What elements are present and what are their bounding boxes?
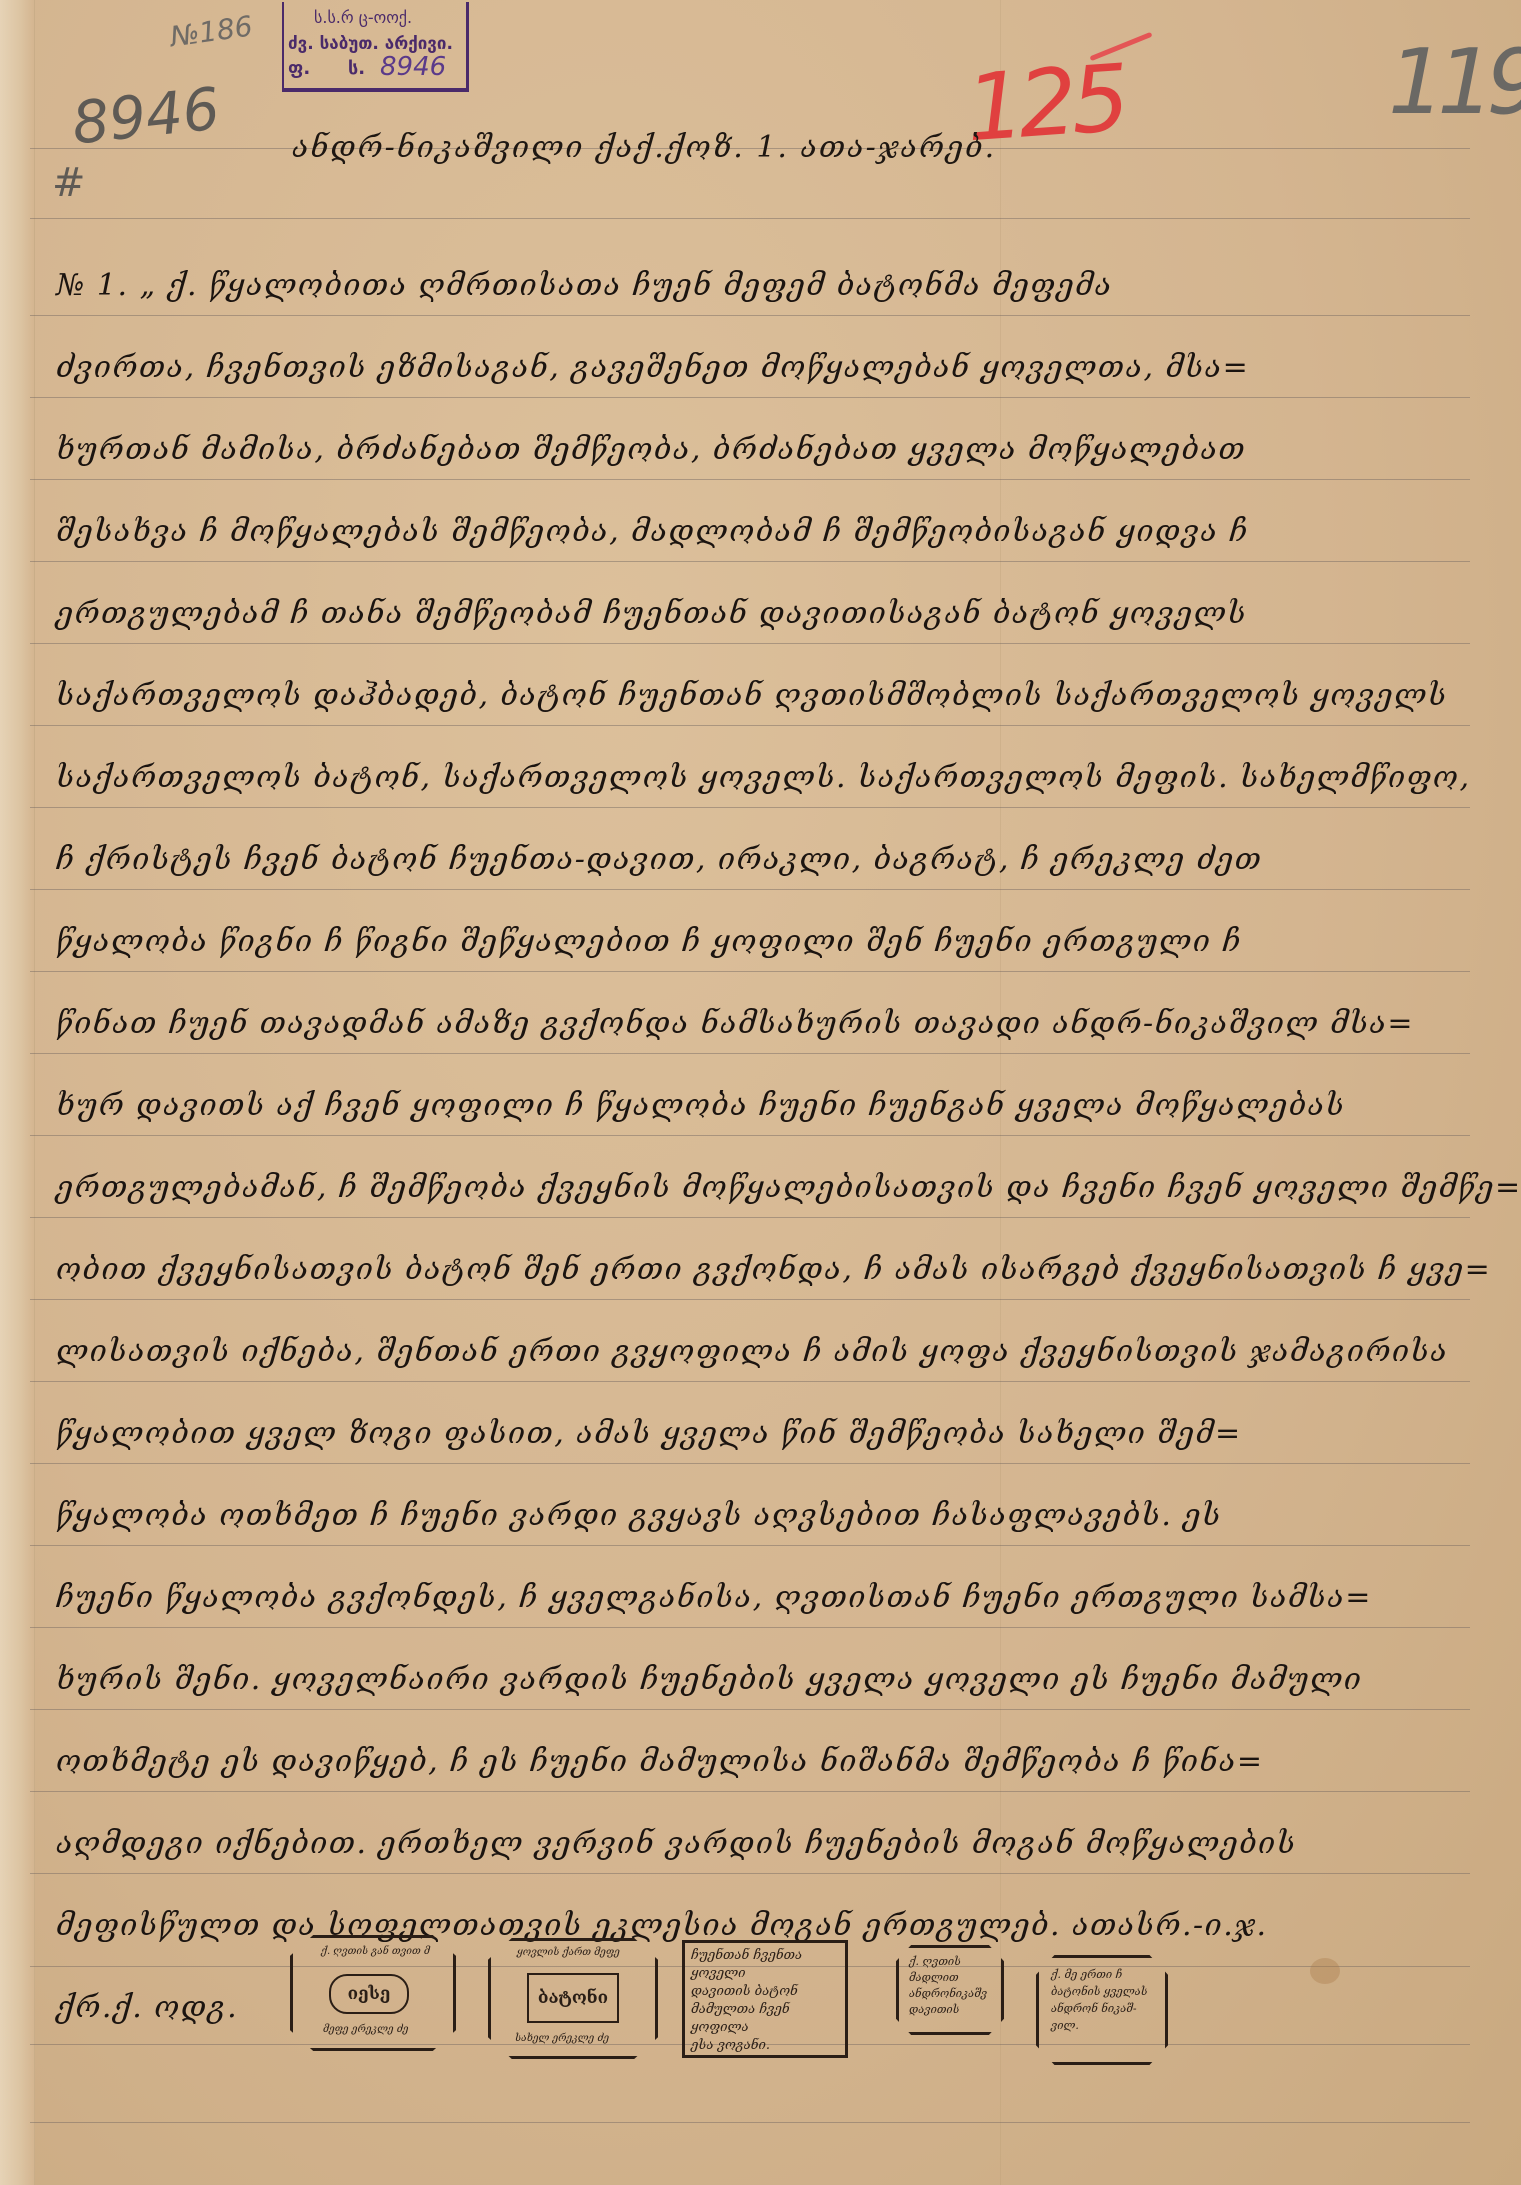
ruled-line (30, 1709, 1470, 1710)
body-line: წინათ ჩუენ თავადმან ამაზე გვქონდა ნამსახ… (56, 1006, 1414, 1041)
seal-text: ქ. ღვთის მადლით ანდრონიკაშვ დავითის (909, 1954, 997, 2018)
stamp-line-2: ძვ. საბუთ. არქივი. (288, 34, 453, 54)
stamp-fond-label: ფ. (288, 58, 310, 79)
ruled-line (30, 1791, 1470, 1792)
ruled-line (30, 1217, 1470, 1218)
gray-folio-number: 119 (1388, 30, 1521, 135)
body-line: ქრ.ქ. ოდგ. (56, 1990, 238, 2025)
stamp-item-number: 8946 (380, 52, 446, 82)
body-line: ხურის შენი. ყოველნაირი ვარდის ჩუენების ყ… (56, 1662, 1362, 1697)
stamp-line-1: ს.ს.რ ც-ოოქ. (314, 8, 412, 27)
seal-text: ქ. მე ერთი ჩ ბატონის ყველას ანდრონ ნიკაშ… (1051, 1966, 1161, 2034)
seal-drawing-4: ქ. ღვთის მადლით ანდრონიკაშვ დავითის (896, 1945, 1004, 2035)
seal-drawing-1: იესე ქ. ღვთის გან თვით მ მეფე ერეკლე ძე (290, 1935, 456, 2051)
ruled-line (30, 1299, 1470, 1300)
seal-center-text: ბატონი (527, 1973, 619, 2023)
body-line: ძვირთა, ჩვენთვის ეზმისაგან, გავეშენეთ მო… (56, 350, 1249, 385)
seal-text-line: ვილ. (1051, 2017, 1161, 2034)
body-line: შესახვა ჩ მოწყალებას შემწეობა, მადლობამ … (56, 514, 1249, 549)
seal-text-line: დავითის ბატონ (691, 1983, 841, 2001)
body-line: ლისათვის იქნება, შენთან ერთი გვყოფილა ჩ … (56, 1334, 1448, 1369)
body-line: № 1. „ ქ. წყალობითა ღმრთისათა ჩუენ მეფემ… (56, 268, 1113, 303)
ruled-line (30, 1873, 1470, 1874)
ruled-line (30, 218, 1470, 219)
pencil-number-label: №186 (168, 9, 254, 53)
seal-text-line: ანდრონიკაშვ (909, 1986, 997, 2002)
body-line: წყალობა წიგნი ჩ წიგნი შეწყალებით ჩ ყოფილ… (56, 924, 1242, 959)
seal-drawing-3: ჩუენთან ჩვენთა ყოველი დავითის ბატონ მამუ… (682, 1940, 848, 2058)
ruled-line (30, 1627, 1470, 1628)
body-line: ობით ქვეყნისათვის ბატონ შენ ერთი გვქონდა… (56, 1252, 1491, 1287)
seal-text-line: დავითის (909, 2002, 997, 2018)
manuscript-page: №186 ს.ს.რ ც-ოოქ. ძვ. საბუთ. არქივი. ფ. … (0, 0, 1521, 2185)
body-line: წყალობით ყველ ზოგი ფასით, ამას ყველა წინ… (56, 1416, 1242, 1451)
ruled-line (30, 479, 1470, 480)
body-line: ერთგულებამ ჩ თანა შემწეობამ ჩუენთან დავი… (56, 596, 1247, 631)
seal-text: ჩუენთან ჩვენთა ყოველი დავითის ბატონ მამუ… (691, 1947, 841, 2055)
ruled-line (30, 725, 1470, 726)
pencil-catalog-number: 8946 (69, 74, 223, 157)
seal-center-text: იესე (329, 1974, 409, 2014)
ruled-line (30, 315, 1470, 316)
pencil-hash-mark: # (52, 160, 86, 206)
seal-ring-top: ქ. ღვთის გან თვით მ (321, 1946, 430, 1957)
body-line: ერთგულებამან, ჩ შემწეობა ქვეყნის მოწყალე… (56, 1170, 1521, 1205)
body-line: წყალობა ოთხმეთ ჩ ჩუენი ვარდი გვყავს აღვს… (56, 1498, 1222, 1533)
seal-ring-top: ყოვლის ქართ მეფე (517, 1947, 620, 1958)
ruled-line (30, 643, 1470, 644)
body-line: ხურ დავითს აქ ჩვენ ყოფილი ჩ წყალობა ჩუენ… (56, 1088, 1345, 1123)
body-line: მეფისწულთ და სოფელთათვის ეკლესია მოგან ე… (56, 1908, 1268, 1943)
seal-text-line: მამულთა ჩვენ ყოფილა (691, 2001, 841, 2037)
ruled-line (30, 807, 1470, 808)
seal-text-line: ქ. ღვთის მადლით (909, 1954, 997, 1986)
binding-edge (0, 0, 35, 2185)
body-line: ხურთან მამისა, ბრძანებათ შემწეობა, ბრძან… (56, 432, 1246, 467)
seal-drawing-2: ბატონი ყოვლის ქართ მეფე სახელ ერეკლე ძე (488, 1938, 658, 2059)
body-line: ჩ ქრისტეს ჩვენ ბატონ ჩუენთა-დავით, ირაკლ… (56, 842, 1262, 877)
seal-text-line: ესა ვოგანი. (691, 2037, 841, 2055)
stamp-item-label: ს. (348, 58, 365, 79)
ruled-line (30, 971, 1470, 972)
ruled-line (30, 1463, 1470, 1464)
ruled-line (30, 1053, 1470, 1054)
seal-text-line: ჩუენთან ჩვენთა ყოველი (691, 1947, 841, 1983)
body-line: ოთხმეტე ეს დავიწყებ, ჩ ეს ჩუენი მამულისა… (56, 1744, 1264, 1779)
ruled-line (30, 397, 1470, 398)
seal-drawing-5: ქ. მე ერთი ჩ ბატონის ყველას ანდრონ ნიკაშ… (1036, 1955, 1168, 2065)
ruled-line (30, 2122, 1470, 2123)
ruled-line (30, 889, 1470, 890)
ruled-line (30, 1135, 1470, 1136)
ruled-line (30, 1381, 1470, 1382)
paper-stain (1310, 1958, 1340, 1984)
seal-ring-bottom: მეფე ერეკლე ძე (323, 2024, 408, 2035)
seal-text-line: ანდრონ ნიკაშ- (1051, 2000, 1161, 2017)
ruled-line (30, 561, 1470, 562)
archive-stamp: ს.ს.რ ც-ოოქ. ძვ. საბუთ. არქივი. ფ. ს. 89… (282, 2, 469, 92)
body-line: საქართველოს დაჰბადებ, ბატონ ჩუენთან ღვთი… (56, 678, 1448, 713)
seal-text-line: ქ. მე ერთი ჩ (1051, 1966, 1161, 1983)
seal-ring-bottom: სახელ ერეკლე ძე (515, 2033, 609, 2044)
body-line: აღმდეგი იქნებით. ერთხელ ვერვინ ვარდის ჩუ… (56, 1826, 1296, 1861)
ruled-line (30, 1545, 1470, 1546)
body-line: საქართველოს ბატონ, საქართველოს ყოველს. ს… (56, 760, 1471, 795)
document-heading: ანდრ-ნიკაშვილი ქაქ.ქოზ. 1. ათა-ჯარებ. (292, 130, 996, 165)
body-line: ჩუენი წყალობა გვქონდეს, ჩ ყველგანისა, ღვ… (56, 1580, 1372, 1615)
seal-text-line: ბატონის ყველას (1051, 1983, 1161, 2000)
